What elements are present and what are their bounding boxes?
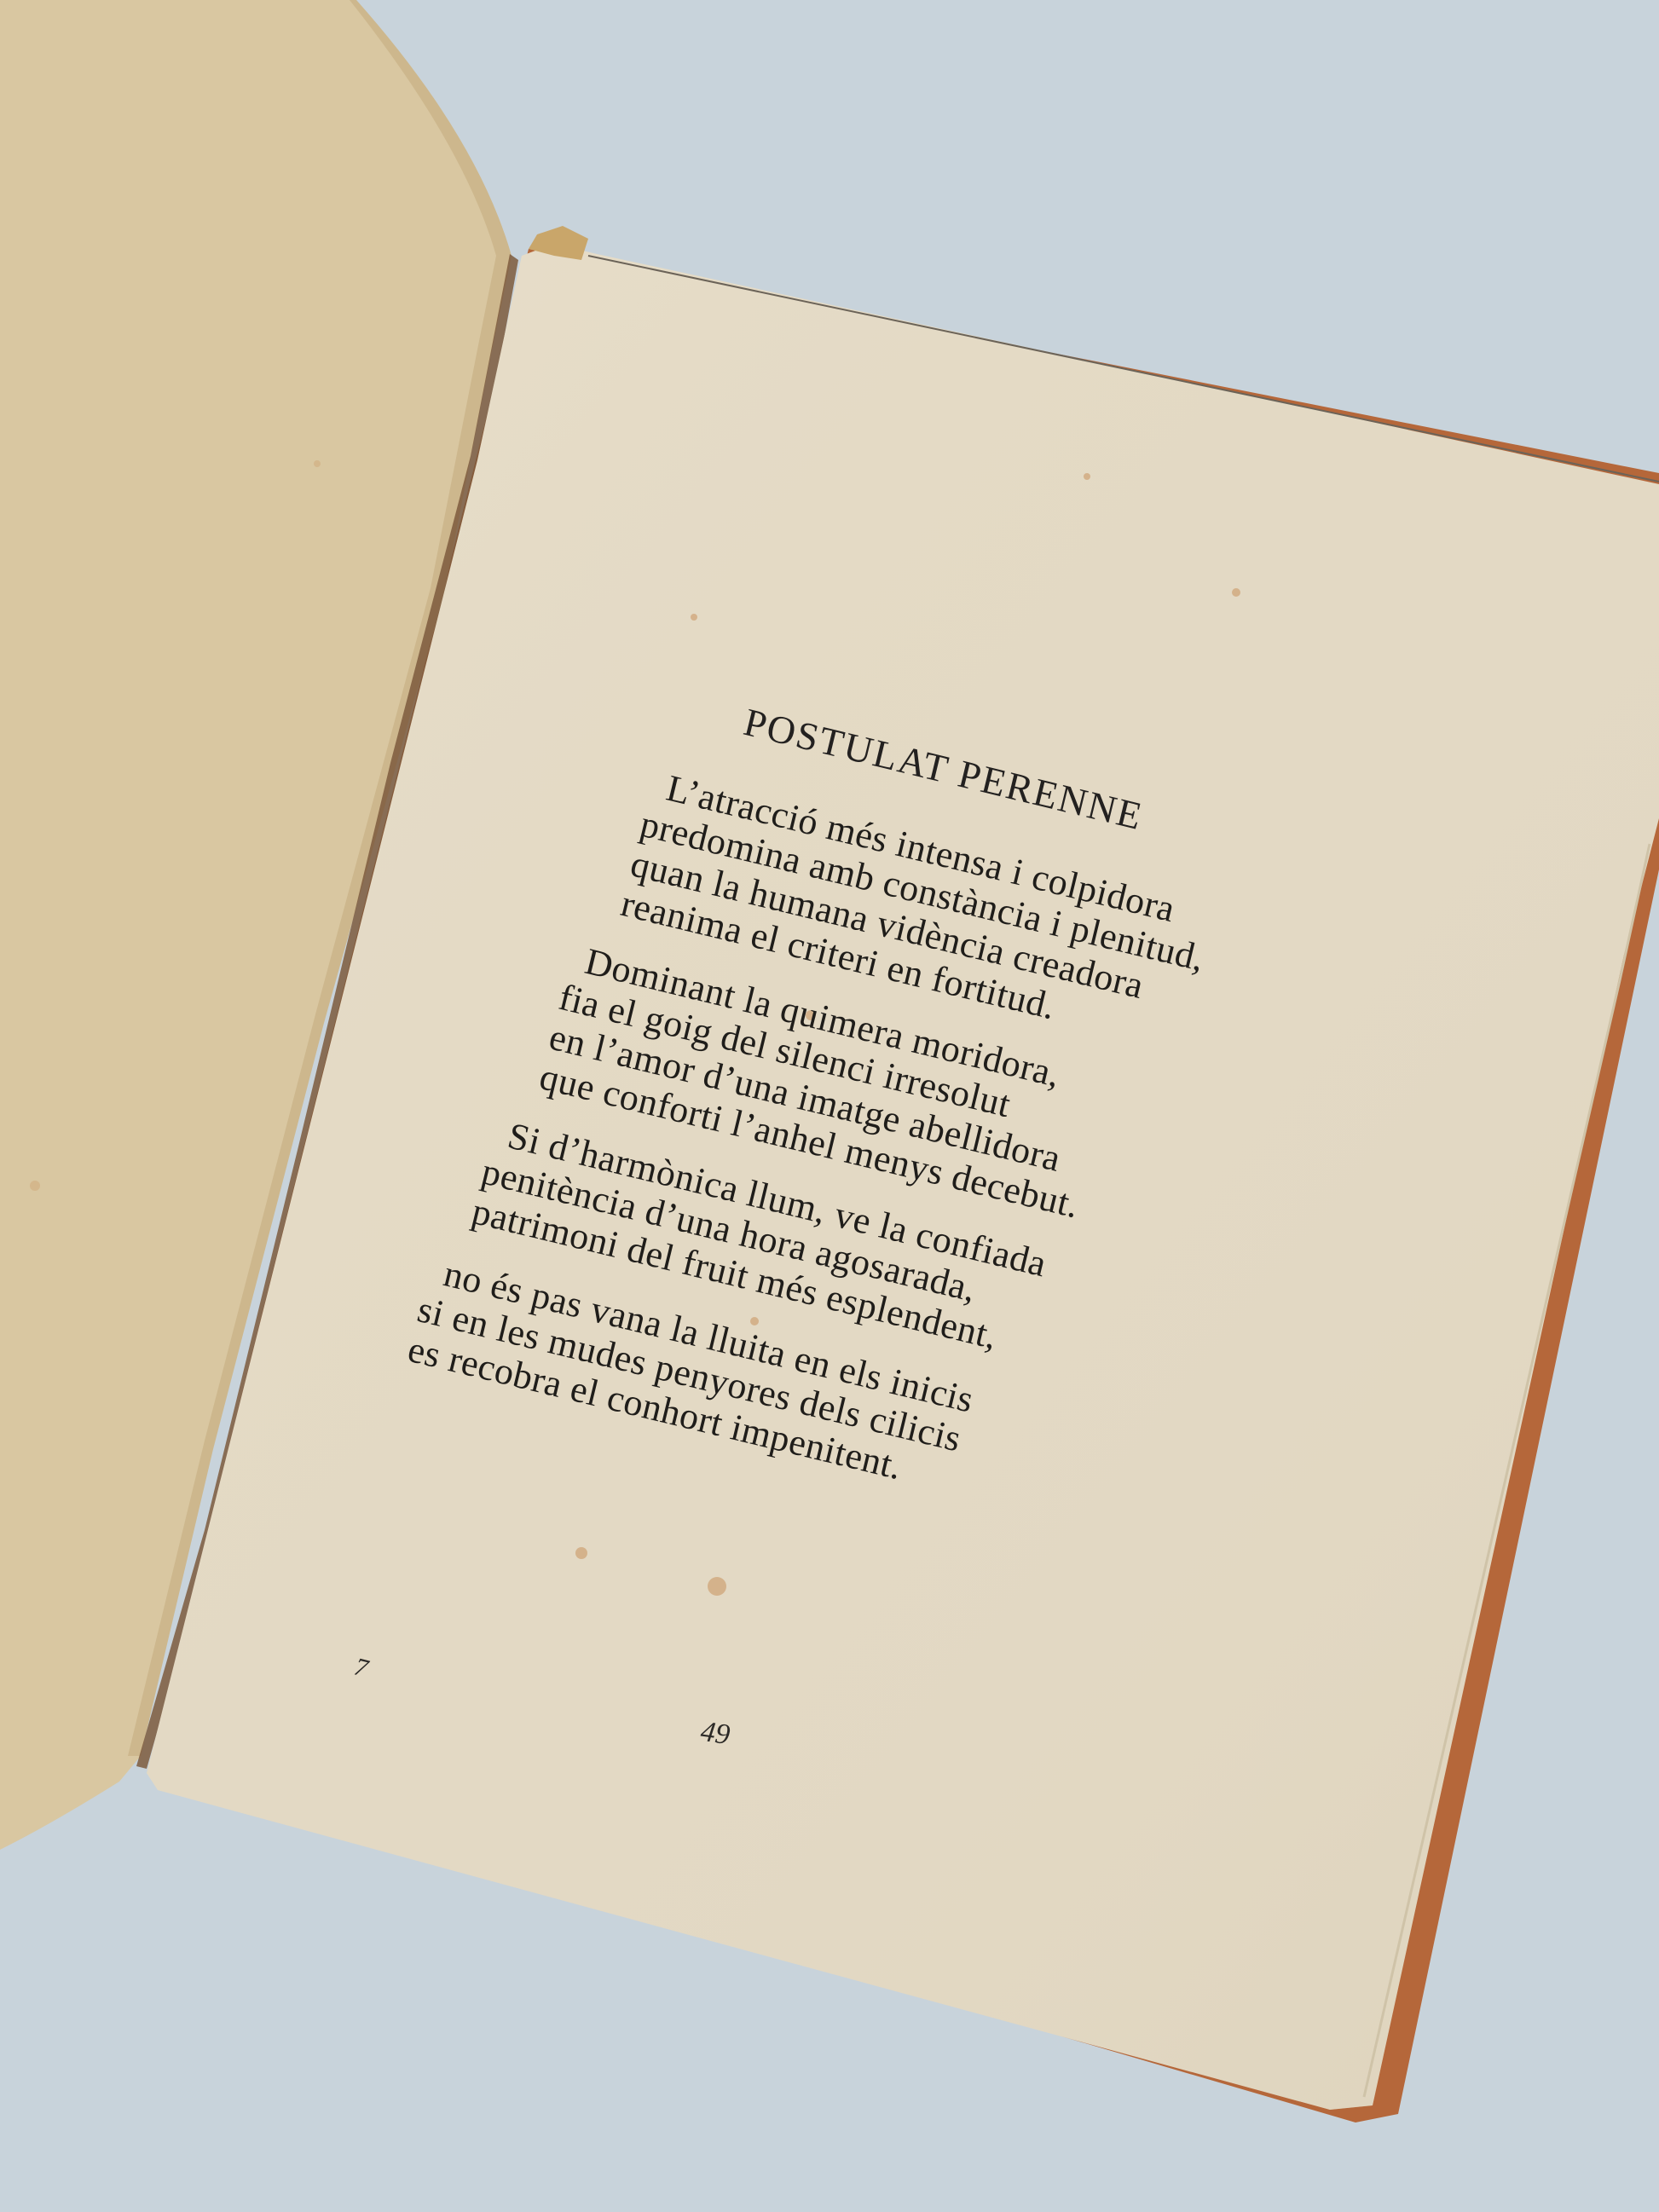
foxing-spot xyxy=(750,1317,759,1325)
page-number: 49 xyxy=(699,1716,732,1752)
foxing-spot xyxy=(30,1181,40,1191)
foxing-spot xyxy=(708,1577,726,1596)
photo-scene: POSTULAT PERENNE L’atracció més intensa … xyxy=(0,0,1659,2212)
foxing-spot xyxy=(314,460,321,467)
foxing-spot xyxy=(691,614,697,621)
foxing-spot xyxy=(575,1547,587,1559)
foxing-spot xyxy=(1232,588,1240,597)
foxing-spot xyxy=(1084,473,1090,480)
